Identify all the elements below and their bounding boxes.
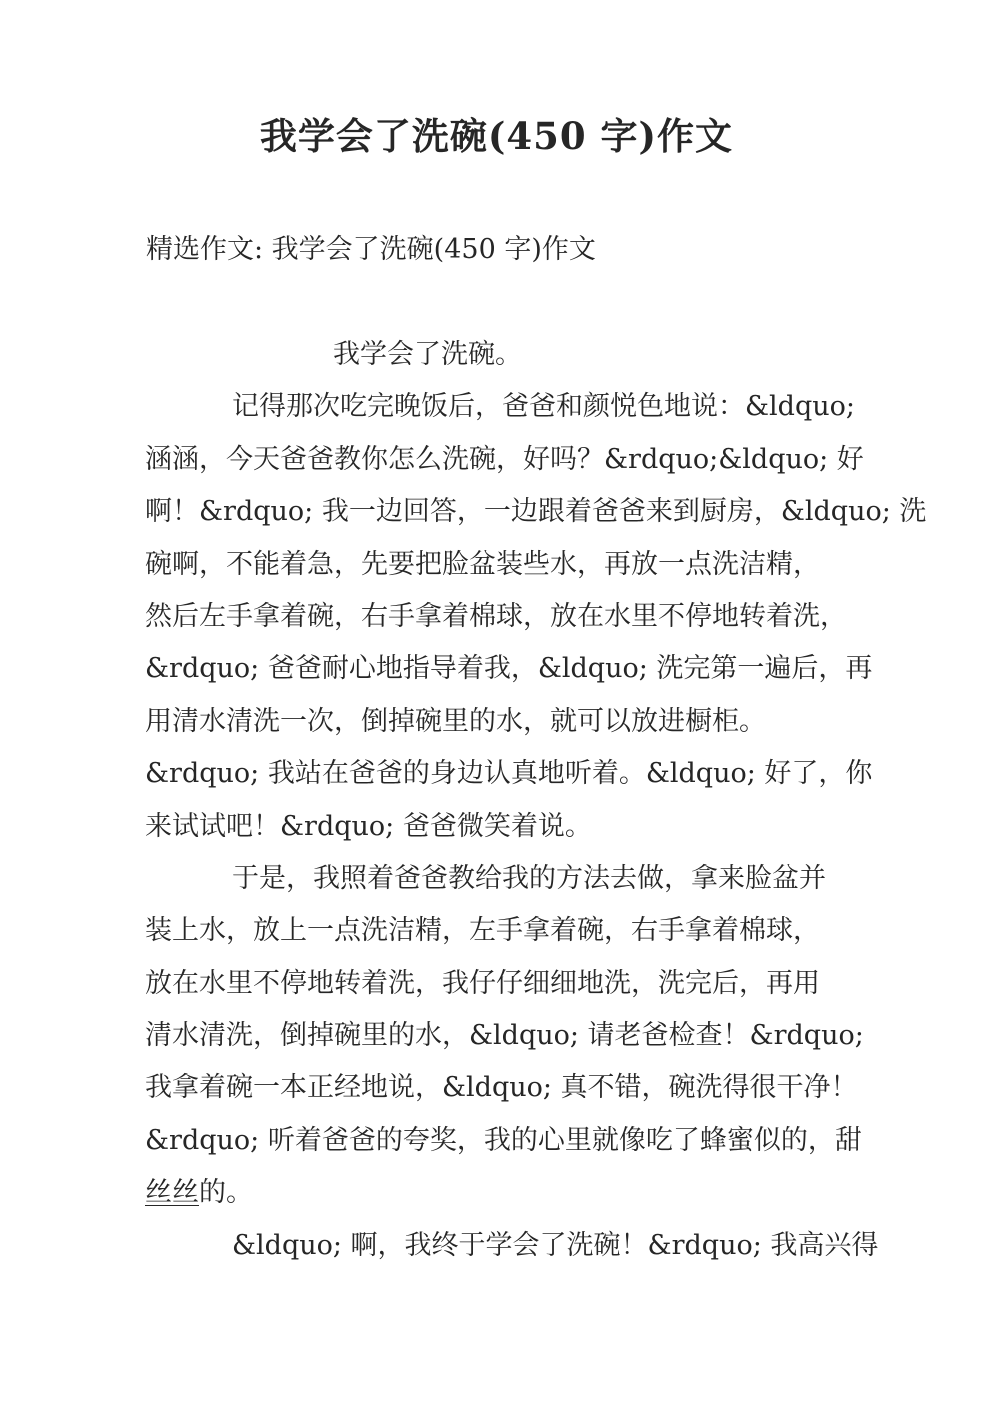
text-line: 记得那次吃完晚饭后，爸爸和颜悦色地说：&ldquo; <box>145 381 871 433</box>
text-line: &rdquo; 听着爸爸的夸奖，我的心里就像吃了蜂蜜似的，甜 <box>145 1115 871 1167</box>
document-body: 我学会了洗碗。 记得那次吃完晚饭后，爸爸和颜悦色地说：&ldquo; 涵涵，今天… <box>145 329 871 1272</box>
document-title: 我学会了洗碗(450 字)作文 <box>0 112 993 160</box>
text-line: &ldquo; 啊，我终于学会了洗碗！&rdquo; 我高兴得 <box>145 1220 871 1272</box>
paragraph: 记得那次吃完晚饭后，爸爸和颜悦色地说：&ldquo; 涵涵，今天爸爸教你怎么洗碗… <box>145 381 871 853</box>
text-line: 来试试吧！&rdquo; 爸爸微笑着说。 <box>145 801 871 853</box>
text-line: &rdquo; 我站在爸爸的身边认真地听着。&ldquo; 好了，你 <box>145 748 871 800</box>
paragraph: &ldquo; 啊，我终于学会了洗碗！&rdquo; 我高兴得 <box>145 1220 871 1272</box>
text-line: 放在水里不停地转着洗，我仔仔细细地洗，洗完后，再用 <box>145 958 871 1010</box>
paragraph: 于是，我照着爸爸教给我的方法去做，拿来脸盆并 装上水，放上一点洗洁精，左手拿着碗… <box>145 853 871 1220</box>
underlined-text: 丝丝 <box>145 1177 199 1208</box>
text-line: 我拿着碗一本正经地说，&ldquo; 真不错，碗洗得很干净！ <box>145 1062 871 1114</box>
text-line: 碗啊，不能着急，先要把脸盆装些水，再放一点洗洁精， <box>145 539 871 591</box>
text-line: 丝丝的。 <box>145 1167 871 1219</box>
text-line: 清水清洗，倒掉碗里的水，&ldquo; 请老爸检查！&rdquo; <box>145 1010 871 1062</box>
text-line: 涵涵，今天爸爸教你怎么洗碗，好吗？&rdquo;&ldquo; 好 <box>145 434 871 486</box>
text-line: 然后左手拿着碗，右手拿着棉球，放在水里不停地转着洗， <box>145 591 871 643</box>
paragraph: 我学会了洗碗。 <box>145 329 871 381</box>
text-line: 用清水清洗一次，倒掉碗里的水，就可以放进橱柜。 <box>145 696 871 748</box>
text-run: 的。 <box>199 1177 253 1208</box>
meta-line: 精选作文: 我学会了洗碗(450 字)作文 <box>146 224 926 276</box>
text-line: 装上水，放上一点洗洁精，左手拿着碗，右手拿着棉球， <box>145 905 871 957</box>
text-line: &rdquo; 爸爸耐心地指导着我，&ldquo; 洗完第一遍后，再 <box>145 643 871 695</box>
document-page: 我学会了洗碗(450 字)作文 精选作文: 我学会了洗碗(450 字)作文 我学… <box>0 0 993 1404</box>
text-line: 我学会了洗碗。 <box>145 329 871 381</box>
text-line: 于是，我照着爸爸教给我的方法去做，拿来脸盆并 <box>145 853 871 905</box>
text-line: 啊！&rdquo; 我一边回答，一边跟着爸爸来到厨房，&ldquo; 洗 <box>145 486 871 538</box>
